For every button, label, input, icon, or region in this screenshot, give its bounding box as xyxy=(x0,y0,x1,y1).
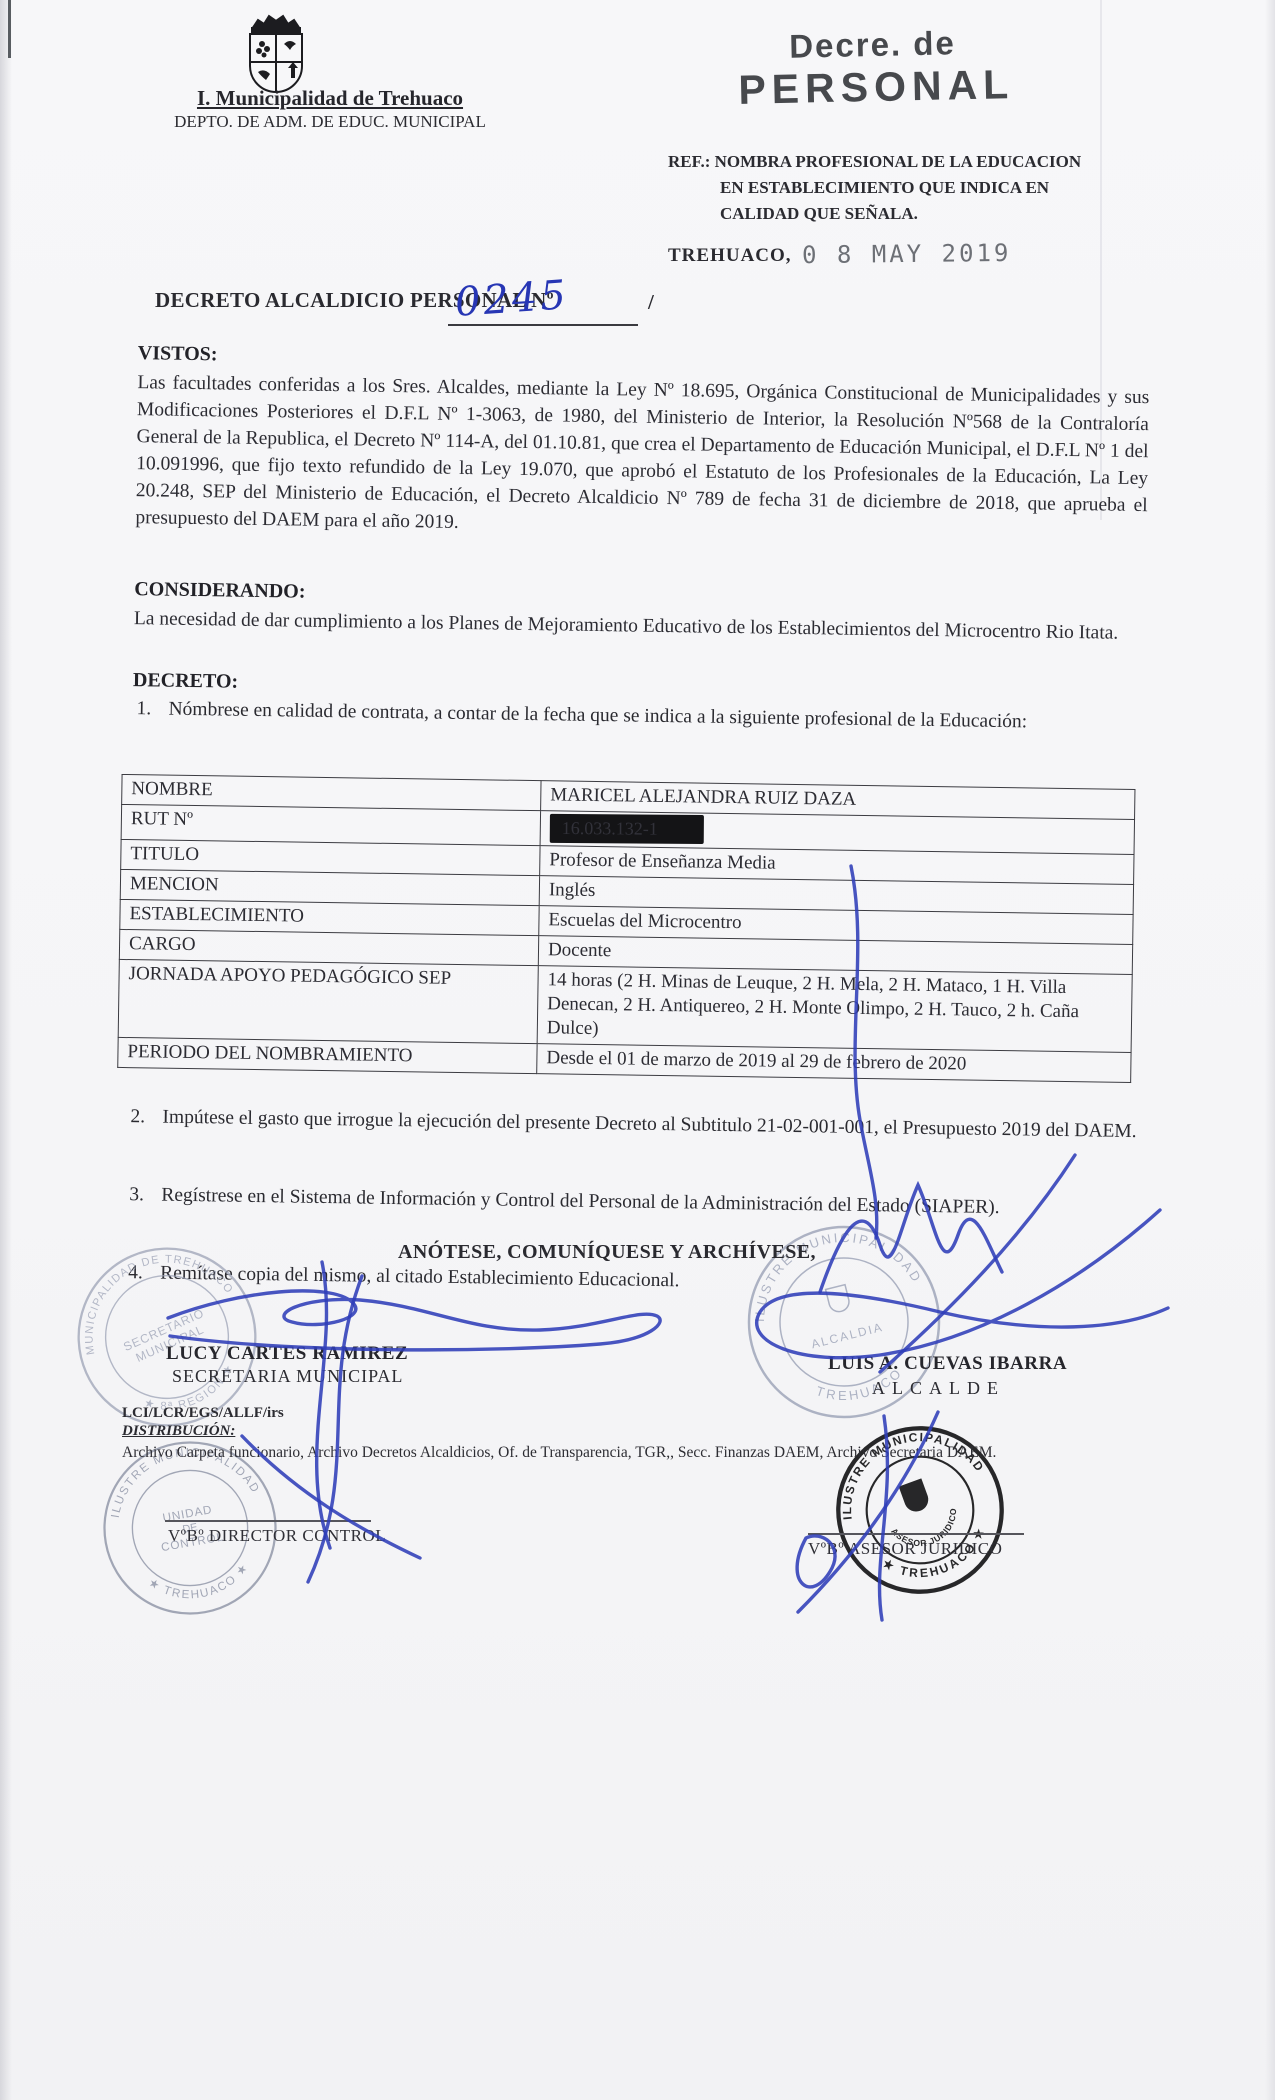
secretary-round-stamp: MUNICIPALIDAD DE TREHUACO ★ 8ª REGION ★ … xyxy=(74,1244,260,1430)
decreto-item-2: 2. Impútese el gasto que irrogue la ejec… xyxy=(126,1104,1172,1146)
vistos-heading: VISTOS: xyxy=(138,342,218,366)
decreto-item-1: 1. Nómbrese en calidad de contrata, a co… xyxy=(132,696,1178,738)
control-approval-caption: VºBº DIRECTOR CONTROL xyxy=(168,1526,386,1546)
distribution-label: DISTRIBUCIÓN: xyxy=(122,1423,235,1440)
decreto-heading: DECRETO: xyxy=(133,669,239,694)
municipal-crest-icon xyxy=(232,6,320,98)
handwritten-decree-number: 0245 xyxy=(454,272,571,326)
mayor-name: LUIS A. CUEVAS IBARRA xyxy=(828,1353,1067,1375)
decree-number-slash: / xyxy=(648,290,654,315)
item-2-marker: 2. xyxy=(130,1104,145,1130)
decreto-item-3: 3. Regístrese en el Sistema de Informaci… xyxy=(125,1182,1171,1224)
distribution-list: Archivo Carpeta funcionario, Archivo Dec… xyxy=(122,1444,1182,1462)
svg-text:ALCALDIA: ALCALDIA xyxy=(810,1320,885,1351)
item-3-marker: 3. xyxy=(129,1182,144,1208)
juridico-approval-line xyxy=(808,1533,1024,1535)
reference-block: REF.: NOMBRA PROFESIONAL DE LA EDUCACION… xyxy=(668,149,1148,227)
closing-formula: ANÓTESE, COMUNÍQUESE Y ARCHÍVESE, xyxy=(398,1241,816,1264)
considerando-paragraph: La necesidad de dar cumplimiento a los P… xyxy=(134,605,1146,647)
date-stamp: 0 8 MAY 2019 xyxy=(802,239,1012,269)
scan-left-edge xyxy=(0,0,12,2100)
scan-right-edge xyxy=(1265,0,1275,2100)
reference-line-2: EN ESTABLECIMIENTO QUE INDICA EN xyxy=(668,175,1148,201)
mayor-title: ALCALDE xyxy=(872,1378,1005,1399)
secretary-name: LUCY CARTES RAMIREZ xyxy=(166,1343,408,1365)
personal-decree-stamp: Decre. de PERSONAL xyxy=(737,23,1009,114)
vistos-paragraph: Las facultades conferidas a los Sres. Al… xyxy=(135,369,1149,546)
decreto-item-4: 4. Remítase copia del mismo, al citado E… xyxy=(124,1260,1170,1302)
item-1-marker: 1. xyxy=(136,696,151,722)
personal-stamp-line2: PERSONAL xyxy=(738,61,1009,114)
scan-corner-mark xyxy=(8,0,11,58)
row-value: 14 horas (2 H. Minas de Leuque, 2 H. Mel… xyxy=(537,966,1132,1053)
reference-label: REF.: xyxy=(668,152,710,171)
scanned-decree-page: I. Municipalidad de Trehuaco DEPTO. DE A… xyxy=(0,0,1275,2100)
city-label: TREHUACO, xyxy=(668,245,792,267)
department-name: DEPTO. DE ADM. DE EDUC. MUNICIPAL xyxy=(150,112,510,132)
juridico-approval-caption: VºBº ASESOR JURIDICO xyxy=(808,1539,1002,1559)
control-approval-line xyxy=(165,1520,371,1522)
appointment-table: NOMBREMARICEL ALEJANDRA RUIZ DAZA RUT Nº… xyxy=(117,774,1135,1083)
svg-text:ILUSTRE MUNICIPALIDAD: ILUSTRE MUNICIPALIDAD xyxy=(819,1408,988,1524)
document-body: VISTOS: Las facultades conferidas a los … xyxy=(115,342,1162,1257)
secretary-title: SECRETARIA MUNICIPAL xyxy=(172,1366,403,1387)
municipality-name: I. Municipalidad de Trehuaco xyxy=(150,86,510,111)
row-label: PERIODO DEL NOMBRAMIENTO xyxy=(118,1037,537,1073)
redaction-bar: 16.033.132-1 xyxy=(550,814,704,844)
reference-line-1: REF.: NOMBRA PROFESIONAL DE LA EDUCACION xyxy=(668,149,1148,175)
personal-stamp-line1: Decre. de xyxy=(737,23,1008,67)
decree-number-underline xyxy=(448,324,638,326)
row-label: JORNADA APOYO PEDAGÓGICO SEP xyxy=(118,959,538,1043)
considerando-heading: CONSIDERANDO: xyxy=(134,578,305,604)
reference-line-3: CALIDAD QUE SEÑALA. xyxy=(668,201,1148,227)
table-row: JORNADA APOYO PEDAGÓGICO SEP14 horas (2 … xyxy=(118,959,1132,1052)
drafting-initials: LCI/LCR/EGS/ALLF/irs xyxy=(122,1405,284,1422)
